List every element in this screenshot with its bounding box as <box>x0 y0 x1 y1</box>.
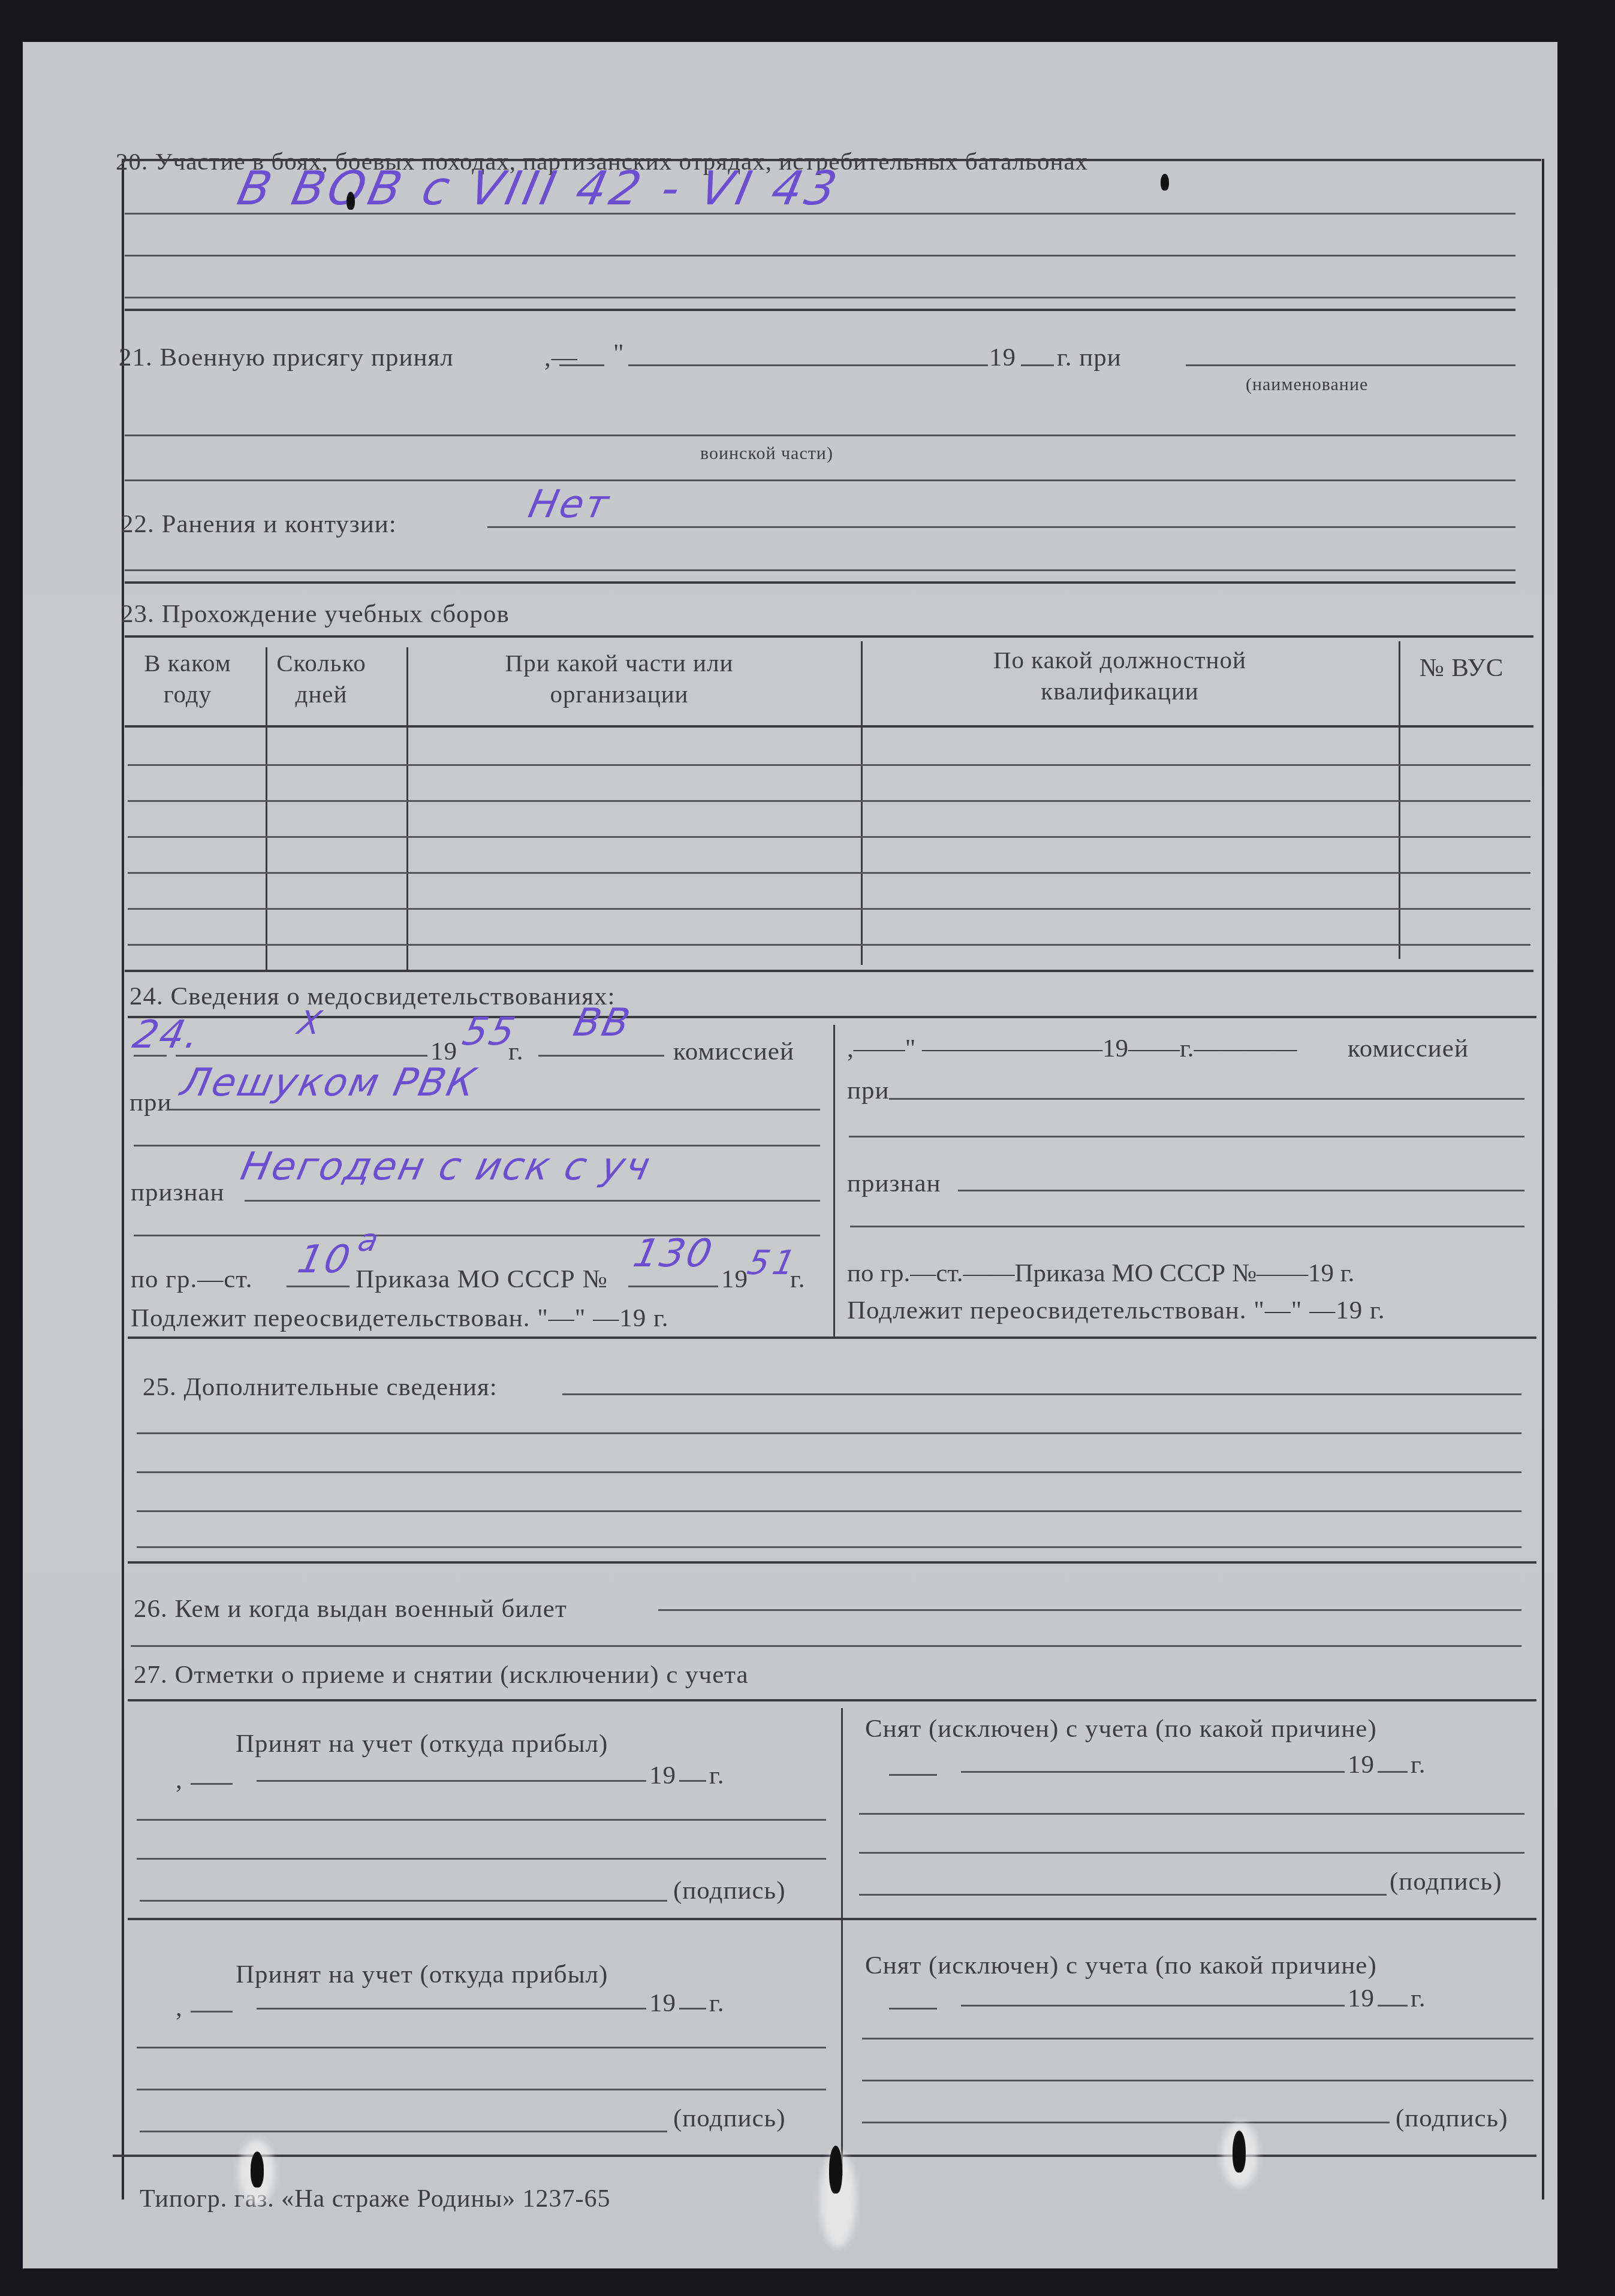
col-header-line: квалификации <box>850 675 1390 707</box>
deregistered-signature-line[interactable] <box>862 2122 1390 2123</box>
priznan-line-right[interactable] <box>958 1190 1524 1191</box>
commission-label: комиссией <box>673 1037 794 1066</box>
oath-caption-2: воинской части) <box>700 443 833 464</box>
section-20-handwritten: В ВОВ с VIII 42 - VI 43 <box>233 162 845 216</box>
priznan-line-right-2[interactable] <box>850 1226 1524 1227</box>
oath-month-line[interactable] <box>628 364 988 366</box>
article-line[interactable] <box>287 1286 349 1287</box>
military-id-line-2[interactable] <box>131 1645 1521 1647</box>
col-divider <box>406 647 408 971</box>
deregistered-line[interactable] <box>862 2080 1533 2081</box>
section-divider <box>125 581 1515 584</box>
punch-hole <box>829 2146 842 2194</box>
deregistered-line[interactable] <box>859 1852 1524 1854</box>
deregistered-year-suffix: г. <box>1411 1984 1426 2013</box>
deregistered-year-line[interactable] <box>1378 2005 1408 2007</box>
oath-date-open: ,— <box>544 343 578 372</box>
col-divider <box>841 1708 843 2176</box>
table-row[interactable] <box>128 836 1530 838</box>
po-gr-label: по гр.—ст. <box>131 1265 253 1294</box>
deregistered-year-prefix: 19 <box>1348 1750 1375 1779</box>
col-header-line: По какой должностной <box>850 644 1390 675</box>
deregistered-signature-caption: (подпись) <box>1390 1867 1502 1896</box>
registered-title: Принят на учет (откуда прибыл) <box>236 1960 608 1989</box>
section-divider <box>125 970 1533 972</box>
registered-line[interactable] <box>137 1858 826 1860</box>
commission-type-line[interactable] <box>538 1055 664 1057</box>
registered-day-line[interactable] <box>191 1783 233 1785</box>
oath-year-suffix: г. при <box>1057 343 1122 372</box>
oath-date-quote: " <box>613 339 625 368</box>
deregistered-signature-caption: (подпись) <box>1396 2104 1508 2133</box>
oath-day-line[interactable] <box>559 364 604 366</box>
col-header-line: году <box>125 678 251 710</box>
military-id-line[interactable] <box>658 1609 1521 1611</box>
col-header-qualification: По какой должностной квалификации <box>850 644 1390 707</box>
additional-line[interactable] <box>137 1432 1521 1434</box>
col-divider <box>266 647 267 971</box>
exam-day-line[interactable] <box>134 1055 167 1057</box>
pri-label-right: при <box>847 1076 890 1105</box>
bottom-border <box>113 2155 1536 2157</box>
deregistered-year-suffix: г. <box>1411 1750 1426 1779</box>
oath-unit-line-2[interactable] <box>125 435 1515 436</box>
deregistered-title: Снят (исключен) с учета (по какой причин… <box>865 1714 1377 1743</box>
registered-signature-line[interactable] <box>140 2131 667 2132</box>
registered-year-prefix: 19 <box>649 1989 676 2018</box>
deregistered-year-prefix: 19 <box>1348 1984 1375 2013</box>
exam-date-line-right[interactable]: ,——" ———————19——г.———— <box>847 1034 1297 1063</box>
oath-year-prefix: 19 <box>989 343 1016 372</box>
col-header-vus: № ВУС <box>1396 653 1527 683</box>
deregistered-month-line[interactable] <box>961 1771 1345 1773</box>
priznan-label: признан <box>131 1178 225 1207</box>
col-header-unit: При какой части или организации <box>394 647 844 710</box>
deregistered-year-line[interactable] <box>1378 1771 1408 1773</box>
priznan-value: Негоден с иск с уч <box>237 1145 655 1189</box>
deregistered-line[interactable] <box>859 1813 1524 1815</box>
table-row[interactable] <box>128 800 1530 802</box>
oath-unit-line[interactable] <box>1186 364 1515 366</box>
priznan-label-right: признан <box>847 1169 941 1198</box>
section-23-label: 23. Прохождение учебных сборов <box>120 599 510 629</box>
registered-month-line[interactable] <box>257 1780 646 1782</box>
order-year-suffix: г. <box>790 1265 806 1294</box>
col-divider <box>861 641 863 965</box>
col-header-line: организации <box>394 678 844 710</box>
pri-line-right-2[interactable] <box>849 1136 1524 1138</box>
section-26-label: 26. Кем и когда выдан военный билет <box>134 1594 567 1624</box>
section-22-label: 22. Ранения и контузии: <box>120 509 397 539</box>
section-divider <box>128 1016 1536 1018</box>
deregistered-month-line[interactable] <box>961 2005 1345 2007</box>
section-27-label: 27. Отметки о приеме и снятии (исключени… <box>134 1660 749 1689</box>
section-divider <box>128 1918 1536 1920</box>
table-header-bottom <box>125 725 1533 728</box>
printer-imprint: Типогр. газ. «На страже Родины» 1237-65 <box>140 2185 611 2213</box>
deregistered-line[interactable] <box>862 2038 1533 2039</box>
punch-hole <box>346 192 355 210</box>
pri-line-right[interactable] <box>889 1098 1524 1100</box>
section-divider <box>125 309 1515 311</box>
order-number-line[interactable] <box>628 1286 718 1287</box>
deregistered-signature-line[interactable] <box>859 1894 1387 1896</box>
registered-signature-caption: (подпись) <box>673 2104 786 2133</box>
pri-value: Лешуком РВК <box>177 1061 481 1105</box>
deregistered-day-line[interactable] <box>889 2008 937 2010</box>
table-row[interactable] <box>128 944 1530 946</box>
registered-line[interactable] <box>137 2089 826 2090</box>
registered-year-line[interactable] <box>679 1780 706 1782</box>
registered-day-line[interactable] <box>191 2011 233 2013</box>
col-header-line: дней <box>252 678 390 710</box>
table-row[interactable] <box>128 908 1530 910</box>
commission-type: ВВ <box>570 1001 635 1045</box>
table-top-border <box>125 635 1533 638</box>
rule <box>125 213 1515 215</box>
col-header-line: Сколько <box>252 647 390 678</box>
registered-year-suffix: г. <box>709 1761 725 1790</box>
document-sheet: 20. Участие в боях, боевых походах, парт… <box>23 42 1557 2268</box>
exam-year-suffix: г. <box>508 1037 524 1066</box>
exam-month-line[interactable] <box>176 1055 427 1057</box>
reexam-label-right: Подлежит переосвидетельствован. "—" —19 … <box>847 1296 1385 1325</box>
col-divider <box>833 1025 835 1336</box>
col-header-line: В каком <box>125 647 251 678</box>
additional-line[interactable] <box>137 1546 1521 1548</box>
table-row[interactable] <box>128 872 1530 874</box>
priznan-line-2[interactable] <box>134 1235 820 1236</box>
col-header-line: При какой части или <box>394 647 844 678</box>
order-label: Приказа МО СССР № <box>355 1265 607 1294</box>
deregistered-title: Снят (исключен) с учета (по какой причин… <box>865 1951 1377 1980</box>
registered-line[interactable] <box>137 2047 826 2048</box>
exam-day: 24. <box>129 1013 205 1057</box>
punch-hole <box>251 2152 264 2188</box>
punch-hole <box>1161 174 1169 191</box>
priznan-line[interactable] <box>245 1200 820 1202</box>
registered-line[interactable] <box>137 1819 826 1821</box>
reexam-label: Подлежит переосвидетельствован. "—" —19 … <box>131 1304 668 1333</box>
rule <box>125 255 1515 257</box>
registered-title: Принят на учет (откуда прибыл) <box>236 1729 608 1758</box>
section-24-label: 24. Сведения о медосвидетельствованиях: <box>129 982 615 1011</box>
additional-line[interactable] <box>137 1471 1521 1473</box>
registered-signature-caption: (подпись) <box>673 1876 786 1905</box>
section-22-handwritten: Нет <box>525 482 614 527</box>
registered-signature-line[interactable] <box>140 1900 667 1902</box>
table-row[interactable] <box>128 764 1530 766</box>
pri-line[interactable] <box>167 1109 820 1111</box>
oath-caption-1: (наименование <box>1246 375 1368 395</box>
po-gr-label-right: по гр.—ст.——Приказа МО СССР №——19 г. <box>847 1259 1354 1288</box>
commission-label-right: комиссией <box>1348 1034 1469 1063</box>
section-divider <box>128 1699 1536 1701</box>
registered-year-line[interactable] <box>679 2008 706 2010</box>
section-21-label: 21. Военную присягу принял <box>119 343 454 372</box>
punch-hole <box>1233 2131 1246 2173</box>
additional-line[interactable] <box>137 1510 1521 1512</box>
rule <box>125 297 1515 298</box>
rule <box>125 479 1515 481</box>
registered-year-suffix: г. <box>709 1989 725 2018</box>
rule <box>125 569 1515 571</box>
section-divider <box>128 1336 1536 1339</box>
registered-month-line[interactable] <box>257 2008 646 2010</box>
deregistered-day-line[interactable] <box>889 1774 937 1776</box>
wounds-line[interactable] <box>487 526 1515 528</box>
oath-year-line[interactable] <box>1021 364 1054 366</box>
section-divider <box>128 1561 1536 1564</box>
registered-year-prefix: 19 <box>649 1761 676 1790</box>
col-header-year: В каком году <box>125 647 251 710</box>
col-header-days: Сколько дней <box>252 647 390 710</box>
section-25-label: 25. Дополнительные сведения: <box>143 1372 498 1402</box>
pri-label: при <box>129 1088 172 1117</box>
article-number: 10 <box>294 1238 355 1282</box>
additional-line[interactable] <box>562 1393 1521 1395</box>
order-number: 130 <box>629 1232 718 1276</box>
